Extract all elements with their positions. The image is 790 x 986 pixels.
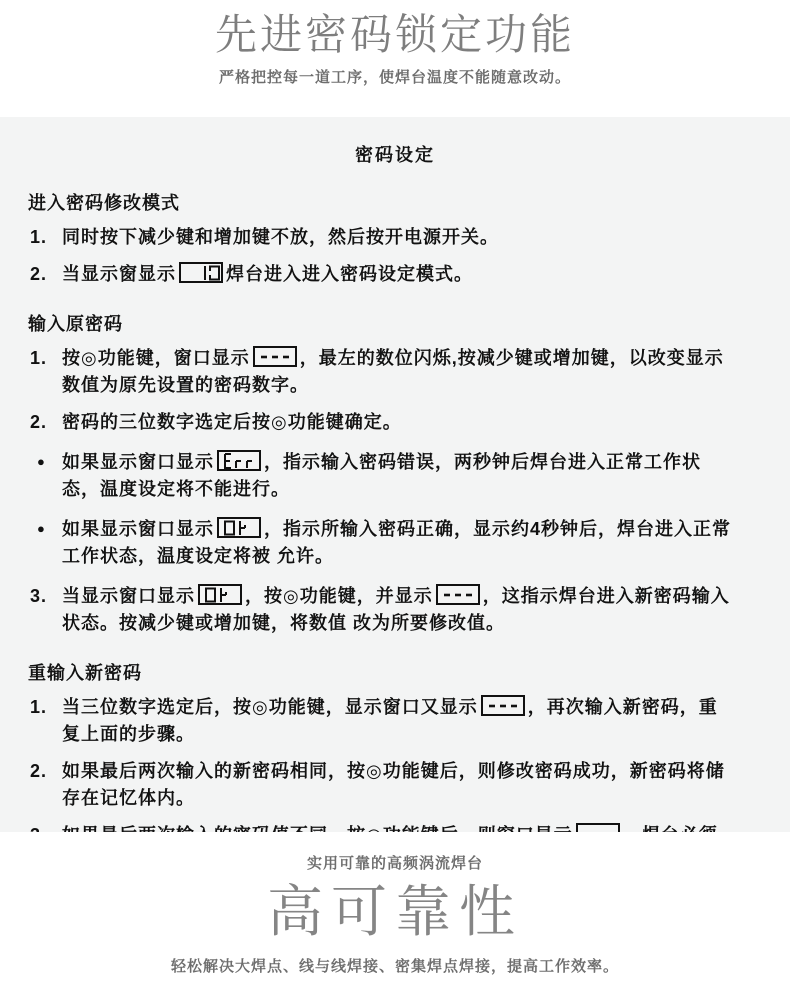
footer-kicker: 实用可靠的高频涡流焊台 [0,852,790,873]
led-display-ok-icon [217,517,261,538]
section-heading: 进入密码修改模式 [28,190,762,217]
led-display-ok-icon [198,584,242,605]
page-header: 先进密码锁定功能 严格把控每一道工序，使焊台温度不能随意改动。 [0,0,790,117]
item-text: 当三位数字选定后，按◎功能键，显示窗口又显示 [62,697,478,717]
item-number: 2. [30,409,47,436]
page-footer: 实用可靠的高频涡流焊台 高可靠性 轻松解决大焊点、线与线焊接、密集焊点焊接，提高… [0,832,790,986]
item-number: 1. [30,345,47,372]
item-text: 如果最后两次输入的新密码相同，按◎功能键后，则修改密码成功，新密码将储存在记忆体… [62,761,725,808]
list-item: ●如果显示窗口显示，指示输入密码错误，两秒钟后焊台进入正常工作状态，温度设定将不… [30,449,736,503]
list-item: 1.同时按下减少键和增加键不放，然后按开电源开关。 [30,224,736,251]
list-item: 2.当显示窗显示焊台进入进入密码设定模式。 [30,261,736,288]
section-heading: 输入原密码 [28,311,762,338]
list-item: 1.当三位数字选定后，按◎功能键，显示窗口又显示，再次输入新密码，重复上面的步骤… [30,694,736,748]
bullet-icon: ● [37,515,46,542]
footer-title: 高可靠性 [0,881,790,943]
led-display-dashes-icon [253,346,297,367]
list-item: ●如果显示窗口显示，指示所输入密码正确，显示约4秒钟后，焊台进入正常工作状态，温… [30,516,736,570]
item-text: 当显示窗显示 [62,264,176,284]
item-number: 3. [30,822,47,832]
footer-subtitle: 轻松解决大焊点、线与线焊接、密集焊点焊接，提高工作效率。 [0,955,790,976]
item-text: 按◎功能键，窗口显示 [62,348,250,368]
item-text: 同时按下减少键和增加键不放，然后按开电源开关。 [62,227,499,247]
item-number: 2. [30,758,47,785]
led-display-digit-icon [179,262,223,283]
item-text: 当显示窗口显示 [62,586,195,606]
password-instructions-panel: 密码设定 进入密码修改模式1.同时按下减少键和增加键不放，然后按开电源开关。2.… [0,117,790,832]
item-number: 2. [30,261,47,288]
bullet-icon: ● [37,448,46,475]
item-number: 3. [30,583,47,610]
item-text: 如果显示窗口显示 [62,519,214,539]
led-display-err-icon [217,450,261,471]
section-3: 重输入新密码1.当三位数字选定后，按◎功能键，显示窗口又显示，再次输入新密码，重… [28,660,762,832]
section-1: 进入密码修改模式1.同时按下减少键和增加键不放，然后按开电源开关。2.当显示窗显… [28,190,762,288]
panel-sections: 进入密码修改模式1.同时按下减少键和增加键不放，然后按开电源开关。2.当显示窗显… [28,190,762,832]
item-text: 如果最后两次输入的密码值不同，按◎功能键后，则窗口显示 [62,825,573,832]
item-text: 焊台进入进入密码设定模式。 [226,264,473,284]
page-subtitle: 严格把控每一道工序，使焊台温度不能随意改动。 [0,66,790,87]
led-display-dashes-icon [481,695,525,716]
list-item: 2.密码的三位数字选定后按◎功能键确定。 [30,409,736,436]
led-display-dashes-icon [576,823,620,832]
list-item: 2.如果最后两次输入的新密码相同，按◎功能键后，则修改密码成功，新密码将储存在记… [30,758,736,812]
panel-title: 密码设定 [28,141,762,167]
list-item: 1.按◎功能键，窗口显示，最左的数位闪烁,按减少键或增加键，以改变显示数值为原先… [30,345,736,399]
section-heading: 重输入新密码 [28,660,762,687]
item-text: 如果显示窗口显示 [62,452,214,472]
section-2: 输入原密码1.按◎功能键，窗口显示，最左的数位闪烁,按减少键或增加键，以改变显示… [28,311,762,637]
list-item: 3.如果最后两次输入的密码值不同，按◎功能键后，则窗口显示，焊台必须重新写入新密… [30,822,736,832]
item-number: 1. [30,694,47,721]
item-number: 1. [30,224,47,251]
led-display-dashes-icon [436,584,480,605]
item-text: 密码的三位数字选定后按◎功能键确定。 [62,412,402,432]
list-item: 3.当显示窗口显示，按◎功能键，并显示，这指示焊台进入新密码输入状态。按减少键或… [30,583,736,637]
item-text: ，按◎功能键，并显示 [245,586,433,606]
page-title: 先进密码锁定功能 [0,10,790,60]
